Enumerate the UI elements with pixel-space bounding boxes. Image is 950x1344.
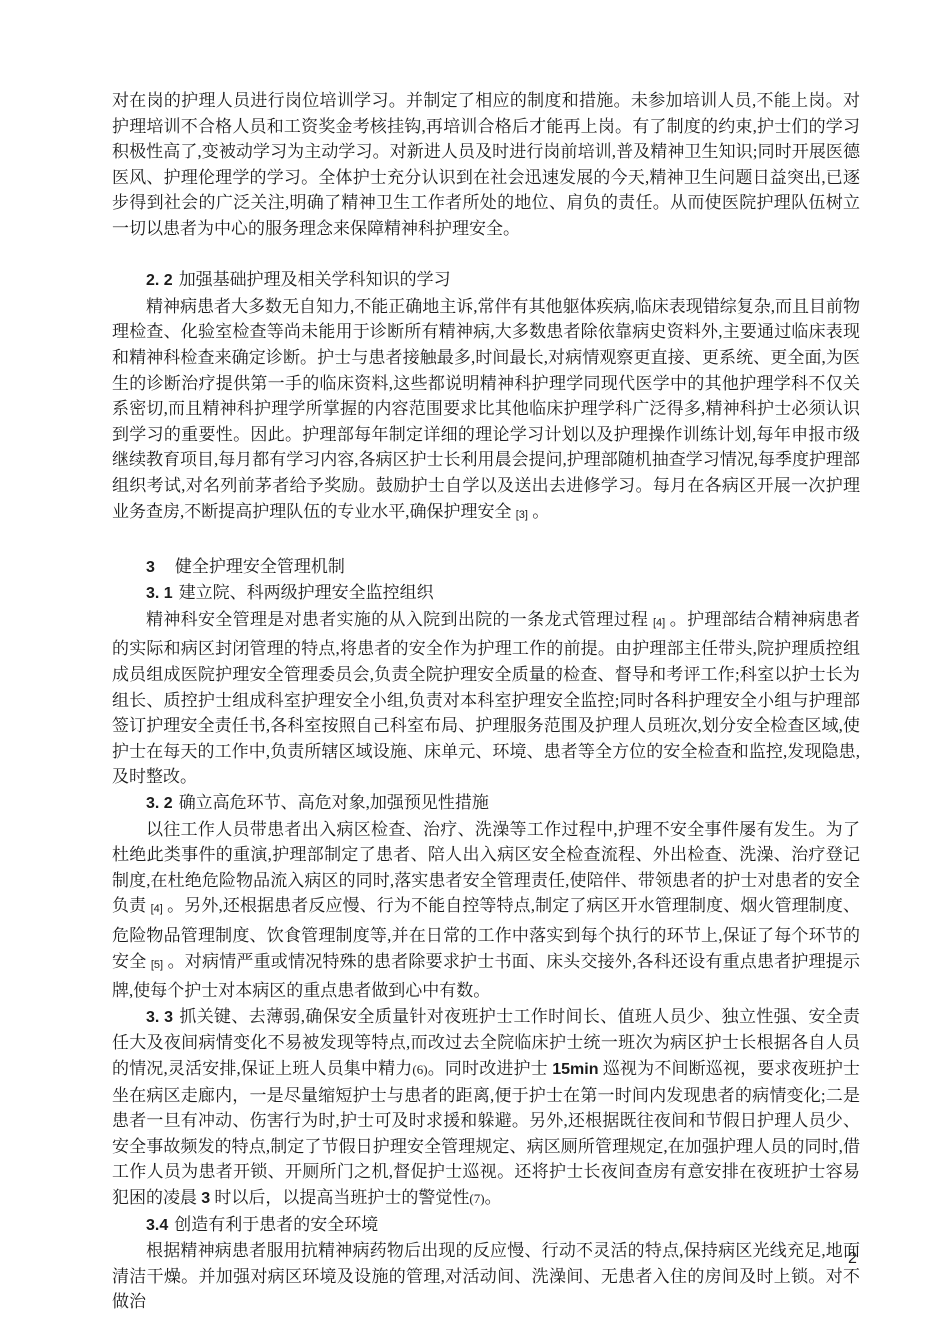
heading-title: 加强基础护理及相关学科知识的学习 bbox=[179, 270, 451, 289]
paragraph-text: 。 bbox=[528, 502, 549, 521]
citation-ref-3: [3] bbox=[516, 509, 528, 521]
section-3-2-paragraph: 以往工作人员带患者出入病区检查、治疗、洗澡等工作过程中,护理不安全事件屡有发生。… bbox=[112, 817, 860, 1004]
section-3-4-paragraph: 根据精神病患者服用抗精神病药物后出现的反应慢、行动不灵活的特点,保持病区光线充足… bbox=[112, 1238, 860, 1315]
interval-value: 15min bbox=[552, 1061, 598, 1078]
citation-ref-4: [4] bbox=[151, 903, 163, 915]
heading-title: 抓关键、去薄弱,确保安全质量 bbox=[179, 1007, 409, 1026]
paragraph-text: 精神病患者大多数无自知力,不能正确地主诉,常伴有其他躯体疾病,临床表现错综复杂,… bbox=[112, 297, 860, 521]
citation-ref-4: [4] bbox=[653, 617, 665, 629]
paragraph-text: 根据精神病患者服用抗精神病药物后出现的反应慢、行动不灵活的特点,保持病区光线充足… bbox=[112, 1241, 860, 1311]
paragraph-text: 。 bbox=[485, 1188, 502, 1207]
heading-title: 创造有利于患者的安全环境 bbox=[174, 1215, 378, 1234]
section-2-2-heading: 2. 2加强基础护理及相关学科知识的学习 bbox=[112, 267, 860, 294]
page-number: 2 bbox=[848, 1250, 857, 1268]
heading-number: 3. 1 bbox=[146, 585, 173, 602]
continued-paragraph: 对在岗的护理人员进行岗位培训学习。并制定了相应的制度和措施。未参加培训人员,不能… bbox=[112, 88, 860, 242]
heading-title: 健全护理安全管理机制 bbox=[175, 557, 345, 576]
hour-value: 3 bbox=[201, 1190, 210, 1207]
citation-ref-5: [5] bbox=[151, 959, 163, 971]
section-3-4-heading: 3.4创造有利于患者的安全环境 bbox=[112, 1212, 860, 1239]
document-body: 对在岗的护理人员进行岗位培训学习。并制定了相应的制度和措施。未参加培训人员,不能… bbox=[112, 88, 860, 1315]
paragraph-text: 时以后，以提高当班护士的警觉性 bbox=[210, 1188, 469, 1207]
section-3-2-heading: 3. 2确立高危环节、高危对象,加强预见性措施 bbox=[112, 790, 860, 817]
paragraph-text: 精神科安全管理是对患者实施的从入院到出院的一条龙式管理过程 bbox=[146, 610, 653, 629]
paragraph-text: 巡视为不间断巡视，要求夜班护士坐在病区走廊内，一是尽量缩短护士与患者的距离,便于… bbox=[112, 1059, 860, 1207]
section-3-1-heading: 3. 1建立院、科两级护理安全监控组织 bbox=[112, 580, 860, 607]
section-3-heading: 3健全护理安全管理机制 bbox=[112, 554, 860, 581]
citation-ref-6: (6) bbox=[412, 1062, 427, 1077]
paragraph-text: 。护理部结合精神病患者的实际和病区封闭管理的特点,将患者的安全作为护理工作的前提… bbox=[112, 610, 860, 787]
heading-number: 3. 2 bbox=[146, 795, 173, 812]
section-3-1-paragraph: 精神科安全管理是对患者实施的从入院到出院的一条龙式管理过程 [4] 。护理部结合… bbox=[112, 607, 860, 790]
heading-title: 建立院、科两级护理安全监控组织 bbox=[179, 583, 434, 602]
document-page: 对在岗的护理人员进行岗位培训学习。并制定了相应的制度和措施。未参加培训人员,不能… bbox=[0, 0, 950, 1344]
section-2-2-paragraph: 精神病患者大多数无自知力,不能正确地主诉,常伴有其他躯体疾病,临床表现错综复杂,… bbox=[112, 294, 860, 528]
heading-number: 2. 2 bbox=[146, 272, 173, 289]
citation-ref-7: (7) bbox=[469, 1191, 484, 1206]
heading-title: 确立高危环节、高危对象,加强预见性措施 bbox=[179, 793, 489, 812]
section-3-3-paragraph: 3. 3抓关键、去薄弱,确保安全质量针对夜班护士工作时间长、值班人员少、独立性强… bbox=[112, 1004, 860, 1212]
paragraph-text: 。同时改进护士 bbox=[428, 1059, 553, 1078]
paragraph-text: 对在岗的护理人员进行岗位培训学习。并制定了相应的制度和措施。未参加培训人员,不能… bbox=[112, 91, 860, 238]
heading-number: 3. 3 bbox=[146, 1009, 173, 1026]
paragraph-text: 。对病情严重或情况特殊的患者除要求护士书面、床头交接外,各科还设有重点患者护理提… bbox=[112, 952, 860, 1001]
heading-number: 3.4 bbox=[146, 1217, 168, 1234]
heading-number: 3 bbox=[146, 559, 155, 576]
